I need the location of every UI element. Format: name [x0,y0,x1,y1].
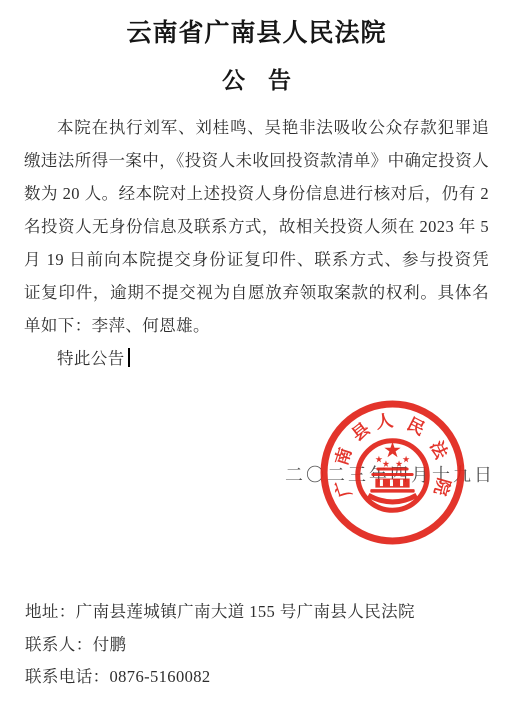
official-seal[interactable]: 广 南 县 人 民 法 院 [319,399,466,546]
address-value: 广南县莲城镇广南大道 155 号广南县人民法院 [76,602,415,621]
seal-char: 法 [426,438,452,463]
seal-char: 民 [404,414,428,439]
contact-footer[interactable]: 地址：广南县莲城镇广南大道 155 号广南县人民法院 联系人：付鹏 联系电话：0… [25,596,415,694]
notice-paragraph[interactable]: 本院在执行刘军、刘桂鸣、吴艳非法吸收公众存款犯罪追缴违法所得一案中，《投资人未收… [24,111,489,342]
notice-body[interactable]: 本院在执行刘军、刘桂鸣、吴艳非法吸收公众存款犯罪追缴违法所得一案中，《投资人未收… [24,111,489,375]
seal-char: 县 [348,419,373,445]
address-row[interactable]: 地址：广南县莲城镇广南大道 155 号广南县人民法院 [25,596,415,629]
seal-char: 人 [375,411,395,432]
national-emblem-icon [358,441,427,510]
court-name-title[interactable]: 云南省广南县人民法院 [0,13,513,49]
seal-char: 院 [430,476,454,499]
contact-person-row[interactable]: 联系人：付鹏 [25,629,415,662]
closing-line[interactable]: 特此公告 [24,342,489,375]
phone-value: 0876-5160082 [110,667,211,686]
text-cursor [128,348,130,367]
address-label: 地址： [25,602,76,621]
contact-person-value: 付鹏 [93,635,127,654]
phone-row[interactable]: 联系电话：0876-5160082 [25,661,415,694]
phone-label: 联系电话： [25,667,110,686]
seal-char: 南 [331,445,355,467]
document-page[interactable]: 云南省广南县人民法院 公 告 本院在执行刘军、刘桂鸣、吴艳非法吸收公众存款犯罪追… [0,0,513,703]
contact-person-label: 联系人： [25,635,93,654]
closing-text: 特此公告 [57,349,125,368]
notice-title[interactable]: 公 告 [0,62,513,95]
seal-char: 广 [331,477,355,499]
